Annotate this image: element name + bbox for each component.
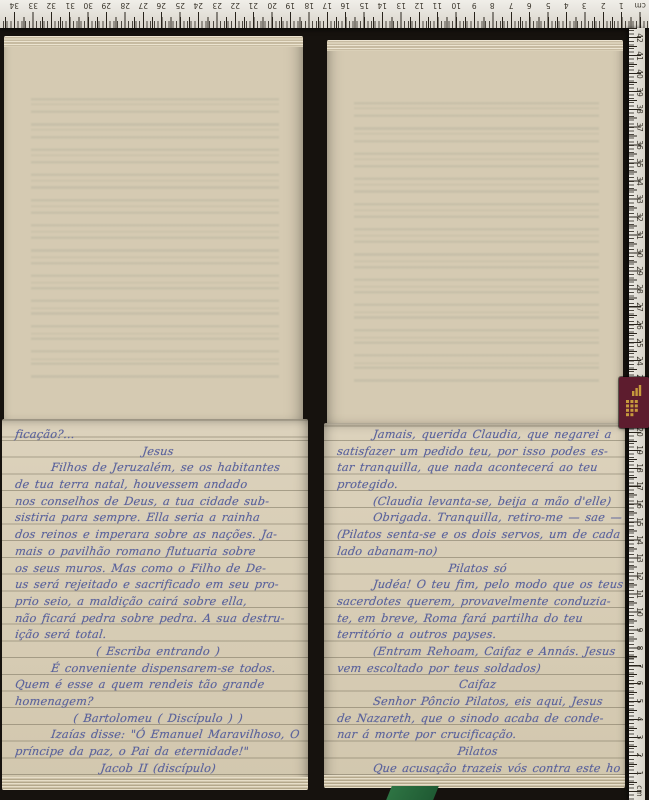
manuscript-line: tar tranquilla, que nada acontecerá ao t… [336,460,619,477]
ruler-number: 11 [428,1,446,10]
ruler-number: 30 [79,1,97,10]
ruler-number: 31 [61,1,79,10]
handwritten-page-right: Jamais, querida Claudia, que negarei asa… [324,423,625,788]
manuscript-photo-stage: cm 1234567891011121314151617181920212223… [0,0,649,800]
ruler-number: 6 [520,1,538,10]
manuscript-line: dos reinos e imperara sobre as nações. J… [14,527,302,544]
manuscript-line: sacerdotes querem, provavelmente conduzi… [336,594,619,611]
manuscript-line: Quem é esse a quem rendeis tão grande [14,677,302,694]
horizontal-ruler: cm 1234567891011121314151617181920212223… [0,0,649,28]
ruler-number: 5 [630,695,648,707]
ruler-number: 2 [630,749,648,761]
ruler-number: 3 [575,1,593,10]
manuscript-line: mais o pavilhão romano flutuaria sobre [14,544,302,561]
ruler-number: 26 [152,1,170,10]
manuscript-line: É conveniente dispensarem-se todos. [14,661,302,678]
ruler-number: 17 [318,1,336,10]
ruler-number: 32 [42,1,60,10]
manuscript-line: ição será total. [14,627,302,644]
ruler-number: 37 [630,121,648,133]
ruler-number: 27 [134,1,152,10]
ruler-number: 28 [630,283,648,295]
ruler-number: 10 [447,1,465,10]
manuscript-line: os seus muros. Mas como o Filho de De- [14,561,302,578]
manuscript-line: protegido. [336,477,619,494]
ruler-number: 25 [630,337,648,349]
ruler-number: 6 [630,677,648,689]
manuscript-line: satisfazer um pedido teu, por isso podes… [336,444,619,461]
ruler-number: 15 [630,516,648,528]
ruler-number: 22 [226,1,244,10]
ruler-number: 30 [630,247,648,259]
manuscript-line: território a outros payses. [336,627,619,644]
ruler-number: 27 [630,301,648,313]
ruler-number: 36 [630,139,648,151]
ruler-number: 39 [630,85,648,97]
ruler-number: 32 [630,211,648,223]
manuscript-line: Caifaz [336,677,619,694]
ruler-number: 8 [483,1,501,10]
green-mat-sliver-bottom [386,786,439,800]
red-seal-sticker [619,377,649,428]
ruler-number: 16 [336,1,354,10]
manuscript-line: Judéa! O teu fim, pelo modo que os teus [336,577,619,594]
vertical-ruler-unit-label: cm [630,785,648,797]
manuscript-line: Que acusação trazeis vós contra este ho [336,761,619,778]
ruler-number: 15 [355,1,373,10]
manuscript-line: (Pilatos senta-se e os dois servos, um d… [336,527,619,544]
ruler-number: 16 [630,498,648,510]
manuscript-line: prio seio, a maldição cairá sobre ella, [14,594,302,611]
manuscript-line: (Entram Rehoam, Caifaz e Annás. Jesus [336,644,619,661]
ruler-number: 21 [244,1,262,10]
manuscript-line: Senhor Pôncio Pilatos, eis aqui, Jesus [336,694,619,711]
manuscript-line: de Nazareth, que o sinodo acaba de conde… [336,711,619,728]
horizontal-ruler-numbers: cm 1234567891011121314151617181920212223… [0,1,649,10]
ruler-number: 25 [171,1,189,10]
ruler-number: 18 [300,1,318,10]
manuscript-line: (Claudia levanta-se, beija a mão d'elle) [336,494,619,511]
ruler-number: 33 [24,1,42,10]
ruler-number: 23 [208,1,226,10]
manuscript-line: príncipe da paz, o Pai da eternidade!" [14,744,302,761]
ruler-number: 8 [630,642,648,654]
ruler-number: 26 [630,319,648,331]
ruler-number: 34 [5,1,23,10]
ruler-number: 12 [410,1,428,10]
ruler-number: 12 [630,570,648,582]
ruler-number: 11 [630,588,648,600]
ruler-number: 7 [502,1,520,10]
ruler-number: 38 [630,103,648,115]
manuscript-line: Jacob II (discípulo) [14,761,302,778]
ruler-number: 19 [281,1,299,10]
gold-emblem-icon [622,382,646,424]
manuscript-line: ficação?... [14,427,302,444]
ruler-number: 20 [263,1,281,10]
manuscript-line: Filhos de Jeruzalém, se os habitantes [14,460,302,477]
manuscript-line: não ficará pedra sobre pedra. A sua dest… [14,611,302,628]
ruler-number: 17 [630,480,648,492]
manuscript-line: vem escoltado por teus soldados) [336,661,619,678]
manuscript-line: Jesus [14,444,302,461]
blank-verso-page-left [4,36,303,425]
ruler-number: 14 [630,534,648,546]
manuscript-line: lado abanam-no) [336,544,619,561]
ruler-number: 35 [630,157,648,169]
ruler-number: 40 [630,68,648,80]
manuscript-line: de tua terra natal, houvessem andado [14,477,302,494]
manuscript-line: Pilatos só [336,561,619,578]
ruler-number: 4 [630,713,648,725]
horizontal-ruler-unit-label: cm [631,1,649,10]
ruler-number: 31 [630,229,648,241]
ruler-number: 29 [630,265,648,277]
ruler-number: 7 [630,659,648,671]
ruler-number: 33 [630,193,648,205]
manuscript-line: ( Escriba entrando ) [14,644,302,661]
ruler-number: 34 [630,175,648,187]
manuscript-line: te, em breve, Roma fará partilha do teu [336,611,619,628]
ruler-number: 14 [373,1,391,10]
ruler-number: 20 [630,426,648,438]
ruler-number: 42 [630,32,648,44]
handwritten-page-left: ficação?...JesusFilhos de Jeruzalém, se … [2,419,308,790]
manuscript-line: ( Bartolomeu ( Discípulo ) ) [14,711,302,728]
ruler-number: 5 [539,1,557,10]
manuscript-line: Izaías disse: "Ó Emanuel Maravilhoso, O [14,727,302,744]
ruler-number: 19 [630,444,648,456]
manuscript-line: nos conselhos de Deus, a tua cidade sub- [14,494,302,511]
ruler-number: 24 [189,1,207,10]
ruler-number: 9 [465,1,483,10]
manuscript-line: Pilatos [336,744,619,761]
manuscript-line: sistiria para sempre. Ella seria a rainh… [14,510,302,527]
ruler-number: 18 [630,462,648,474]
blank-verso-page-right [327,40,623,426]
ruler-number: 29 [97,1,115,10]
ruler-number: 41 [630,50,648,62]
left-page-handwriting: ficação?...JesusFilhos de Jeruzalém, se … [14,427,300,777]
ruler-number: 28 [116,1,134,10]
manuscript-line: Jamais, querida Claudia, que negarei a [336,427,619,444]
manuscript-line: nar á morte por crucificação. [336,727,619,744]
ruler-number: 10 [630,606,648,618]
ruler-number: 3 [630,731,648,743]
manuscript-line: us será rejeitado e sacrificado em seu p… [14,577,302,594]
ruler-number: 1 [630,767,648,779]
ruler-number: 13 [392,1,410,10]
right-page-handwriting: Jamais, querida Claudia, que negarei asa… [336,427,617,777]
ruler-number: 13 [630,552,648,564]
ruler-number: 24 [630,355,648,367]
manuscript-line: homenagem? [14,694,302,711]
ruler-number: 9 [630,624,648,636]
ruler-number: 4 [557,1,575,10]
manuscript-line: Obrigada. Tranquilla, retiro-me — sae — [336,510,619,527]
ruler-number: 1 [612,1,630,10]
ruler-number: 2 [594,1,612,10]
